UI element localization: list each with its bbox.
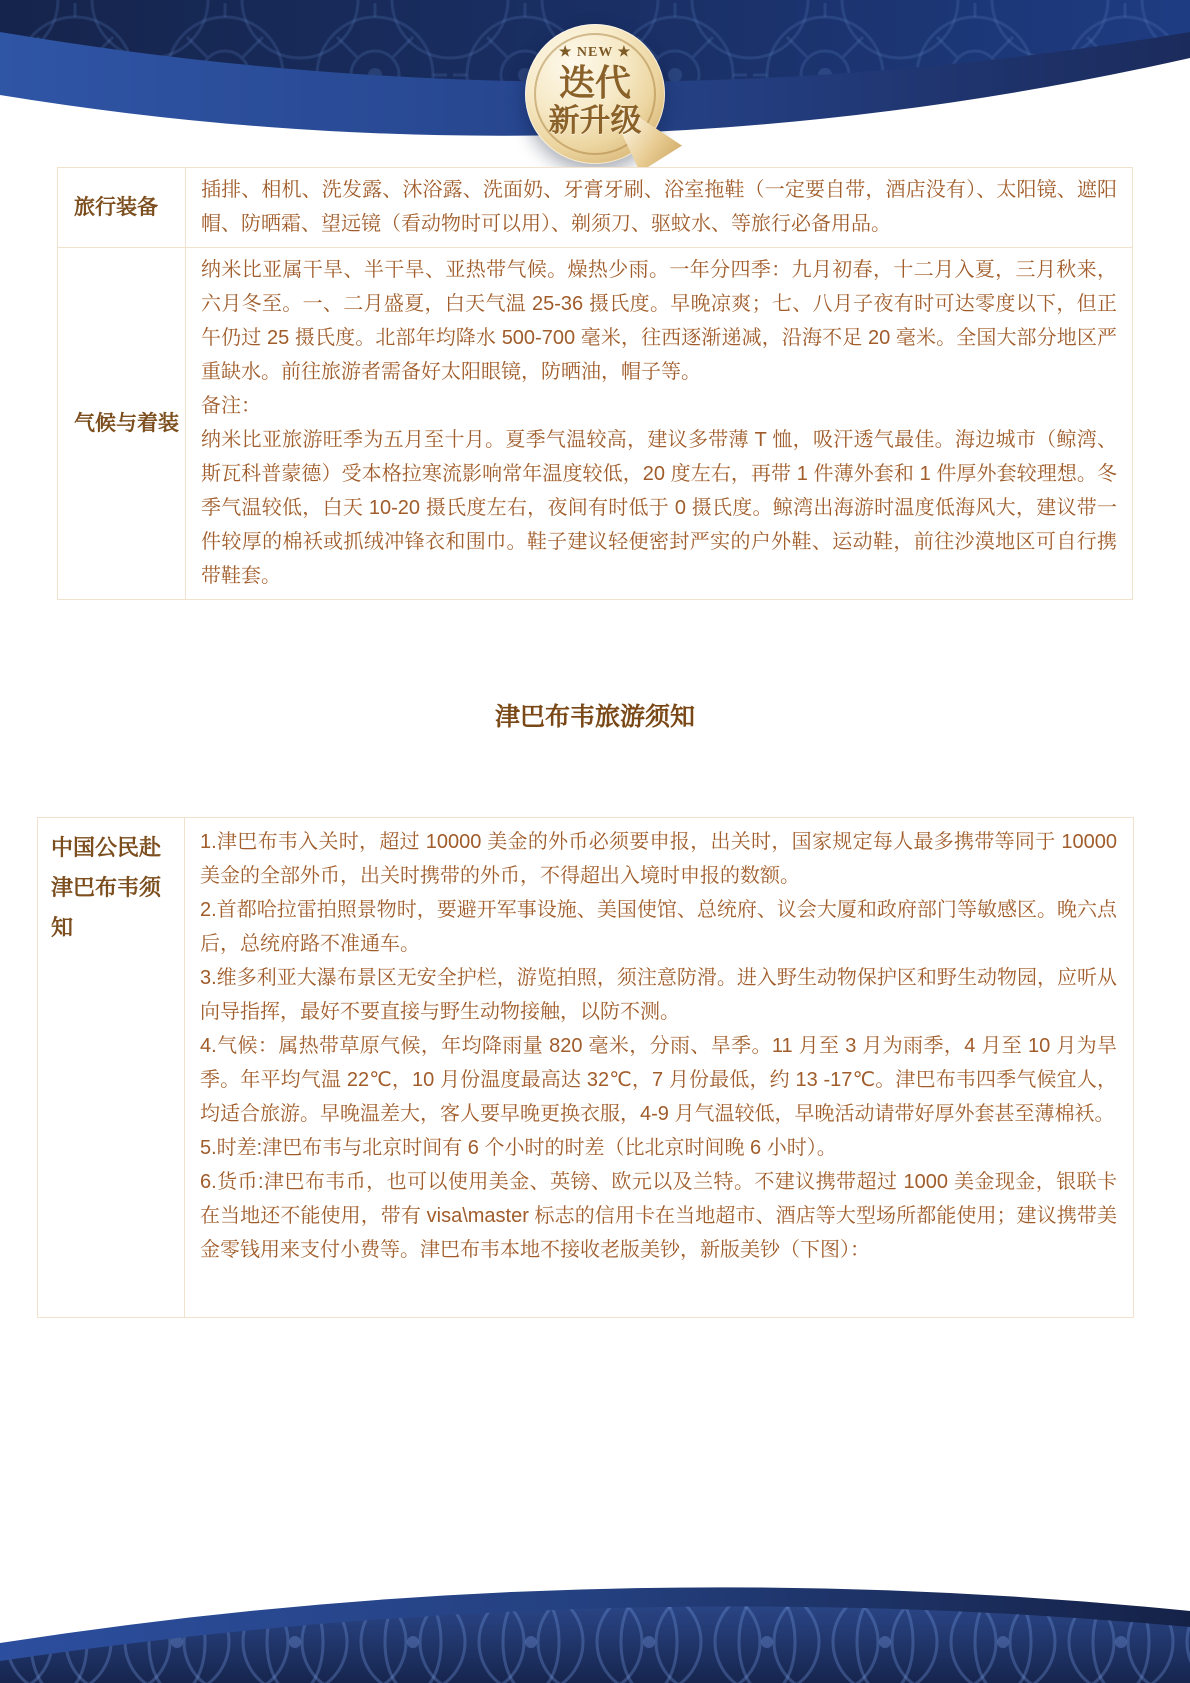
row-label-travel-gear: 旅行装备 bbox=[58, 168, 185, 247]
notice-item-4: 4.气候：属热带草原气候，年均降雨量 820 毫米，分雨、旱季。11 月至 3 … bbox=[200, 1029, 1117, 1131]
badge-title-line2: 新升级 bbox=[525, 103, 665, 139]
row-content-climate: 纳米比亚属干旱、半干旱、亚热带气候。燥热少雨。一年分四季：九月初春，十二月入夏，… bbox=[185, 248, 1132, 599]
badge-title-line1: 迭代 bbox=[525, 63, 665, 103]
climate-paragraph-main: 纳米比亚属干旱、半干旱、亚热带气候。燥热少雨。一年分四季：九月初春，十二月入夏，… bbox=[201, 253, 1117, 389]
table-row-gear: 旅行装备 插排、相机、洗发露、沐浴露、洗面奶、牙膏牙刷、浴室拖鞋（一定要自带，酒… bbox=[58, 168, 1132, 247]
gear-paragraph: 插排、相机、洗发露、沐浴露、洗面奶、牙膏牙刷、浴室拖鞋（一定要自带，酒店没有）、… bbox=[201, 173, 1117, 241]
row-label-climate: 气候与着装 bbox=[58, 248, 185, 599]
row-content-notice: 1.津巴布韦入关时，超过 10000 美金的外币必须要申报，出关时，国家规定每人… bbox=[184, 818, 1133, 1317]
row-content-travel-gear: 插排、相机、洗发露、沐浴露、洗面奶、牙膏牙刷、浴室拖鞋（一定要自带，酒店没有）、… bbox=[185, 168, 1132, 247]
notice-item-6: 6.货币:津巴布韦币，也可以使用美金、英镑、欧元以及兰特。不建议携带超过 100… bbox=[200, 1165, 1117, 1267]
footer-banner bbox=[0, 1583, 1190, 1683]
notice-item-2: 2.首都哈拉雷拍照景物时，要避开军事设施、美国使馆、总统府、议会大厦和政府部门等… bbox=[200, 893, 1117, 961]
table-row-notice: 中国公民赴津巴布韦须知 1.津巴布韦入关时，超过 10000 美金的外币必须要申… bbox=[38, 818, 1133, 1317]
notice-item-1: 1.津巴布韦入关时，超过 10000 美金的外币必须要申报，出关时，国家规定每人… bbox=[200, 825, 1117, 893]
notice-item-5: 5.时差:津巴布韦与北京时间有 6 个小时的时差（比北京时间晚 6 小时）。 bbox=[200, 1131, 1117, 1165]
zimbabwe-notice-table: 中国公民赴津巴布韦须知 1.津巴布韦入关时，超过 10000 美金的外币必须要申… bbox=[37, 817, 1134, 1318]
new-upgrade-badge: ★ NEW ★ 迭代 新升级 bbox=[525, 24, 665, 164]
climate-paragraph-note: 纳米比亚旅游旺季为五月至十月。夏季气温较高，建议多带薄 T 恤，吸汗透气最佳。海… bbox=[201, 423, 1117, 593]
page-title: 津巴布韦旅游须知 bbox=[0, 697, 1190, 733]
footer-ornament-graphic bbox=[0, 1583, 1190, 1683]
badge-new-label: ★ NEW ★ bbox=[525, 44, 665, 61]
climate-paragraph-note-label: 备注： bbox=[201, 389, 1117, 423]
notice-item-3: 3.维多利亚大瀑布景区无安全护栏，游览拍照，须注意防滑。进入野生动物保护区和野生… bbox=[200, 961, 1117, 1029]
row-label-notice: 中国公民赴津巴布韦须知 bbox=[38, 818, 184, 1317]
travel-gear-table: 旅行装备 插排、相机、洗发露、沐浴露、洗面奶、牙膏牙刷、浴室拖鞋（一定要自带，酒… bbox=[57, 167, 1133, 600]
table-row-climate: 气候与着装 纳米比亚属干旱、半干旱、亚热带气候。燥热少雨。一年分四季：九月初春，… bbox=[58, 247, 1132, 599]
